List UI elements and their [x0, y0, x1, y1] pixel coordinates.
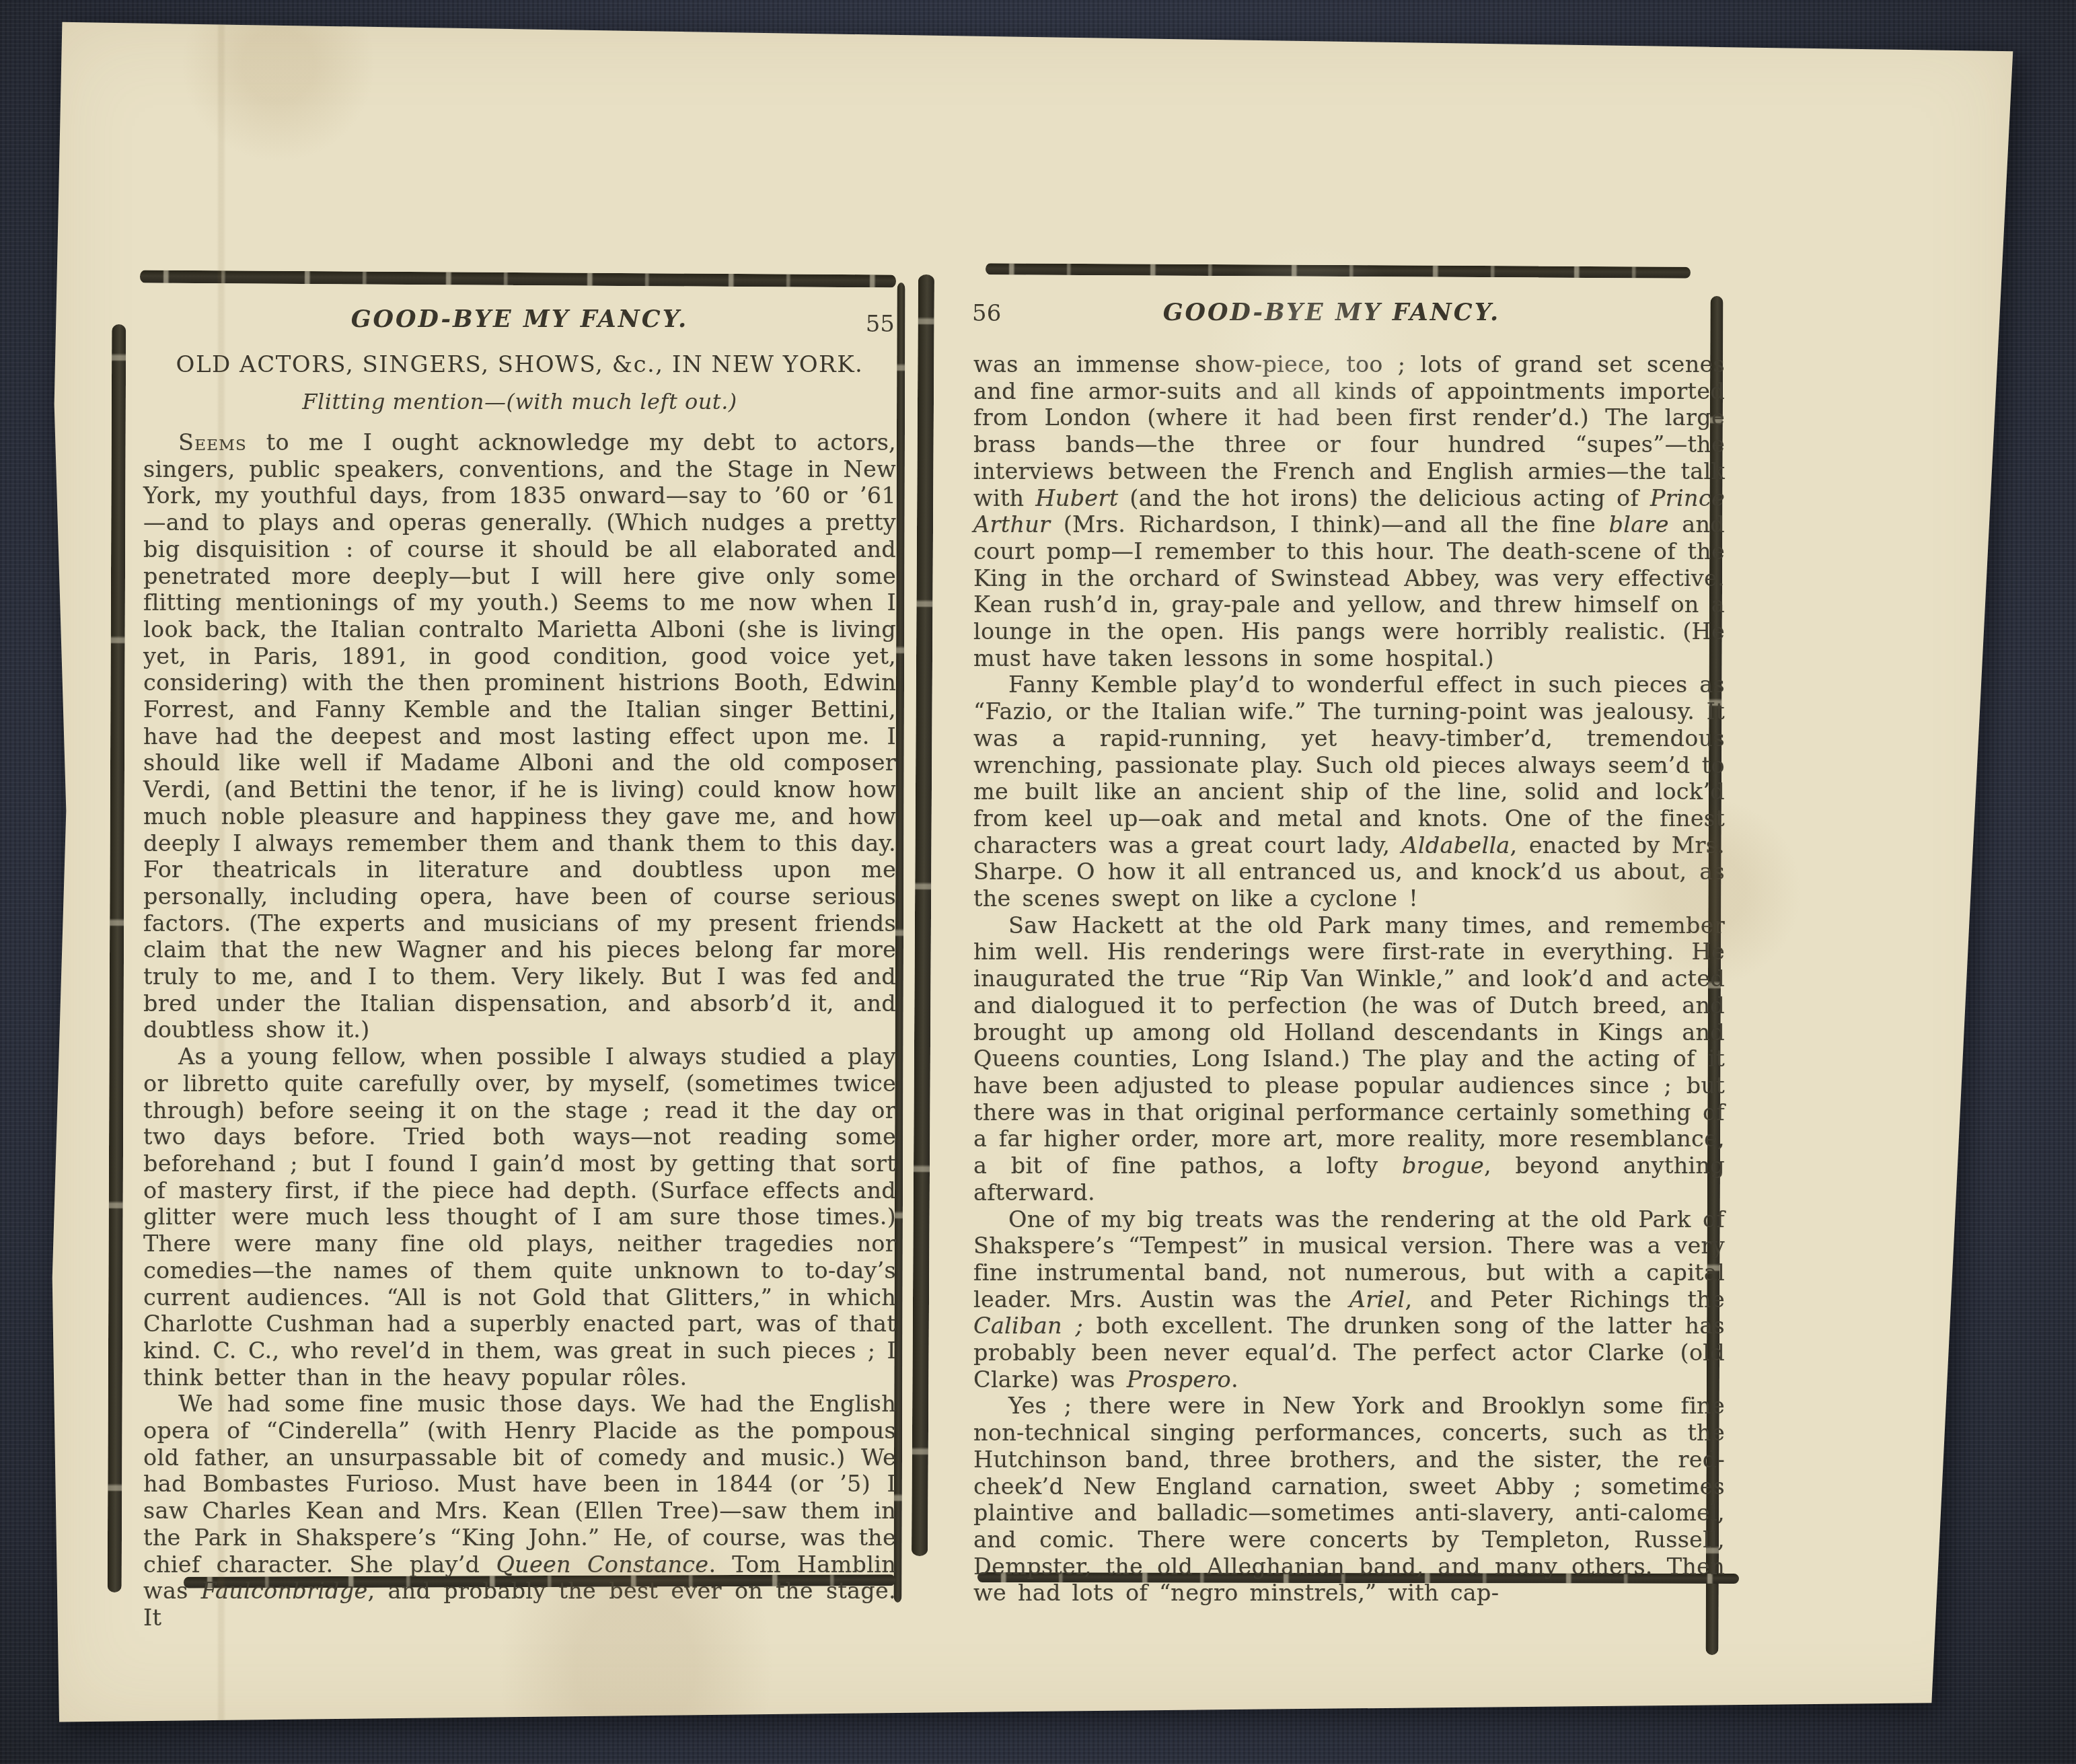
running-header-right: GOOD-BYE MY FANCY.: [955, 299, 1708, 326]
right-page-body: was an immense show-piece, too ; lots of…: [973, 351, 1725, 1607]
paragraph: As a young fellow, when possible I alway…: [143, 1043, 896, 1391]
paragraph: was an immense show-piece, too ; lots of…: [973, 351, 1725, 671]
paragraph: We had some fine music those days. We ha…: [143, 1391, 896, 1631]
paragraph: One of my big treats was the rendering a…: [973, 1206, 1725, 1393]
section-title: OLD ACTORS, SINGERS, SHOWS, &c., IN NEW …: [143, 351, 896, 378]
left-page-number: 55: [827, 311, 895, 338]
scanned-page: GOOD-BYE MY FANCY. 55 OLD ACTORS, SINGER…: [40, 13, 2025, 1736]
paragraph: Saw Hackett at the old Park many times, …: [973, 912, 1725, 1206]
left-page-top-rule: [140, 270, 896, 288]
section-subtitle: Flitting mention—(with much left out.): [143, 389, 896, 414]
paragraph: Fanny Kemble play’d to wonderful effect …: [973, 671, 1725, 912]
paragraph: Yes ; there were in New York and Brookly…: [973, 1393, 1725, 1607]
scanned-sheet-wrap: GOOD-BYE MY FANCY. 55 OLD ACTORS, SINGER…: [0, 0, 2076, 1764]
paragraph: Seems to me I ought acknowledge my debt …: [143, 429, 896, 1043]
left-page-body: Seems to me I ought acknowledge my debt …: [143, 429, 896, 1631]
left-outer-vertical-rule: [108, 324, 126, 1592]
running-header-left: GOOD-BYE MY FANCY.: [143, 305, 896, 333]
gutter-vertical-rule-thick: [912, 274, 934, 1556]
right-page-top-rule: [986, 263, 1691, 278]
